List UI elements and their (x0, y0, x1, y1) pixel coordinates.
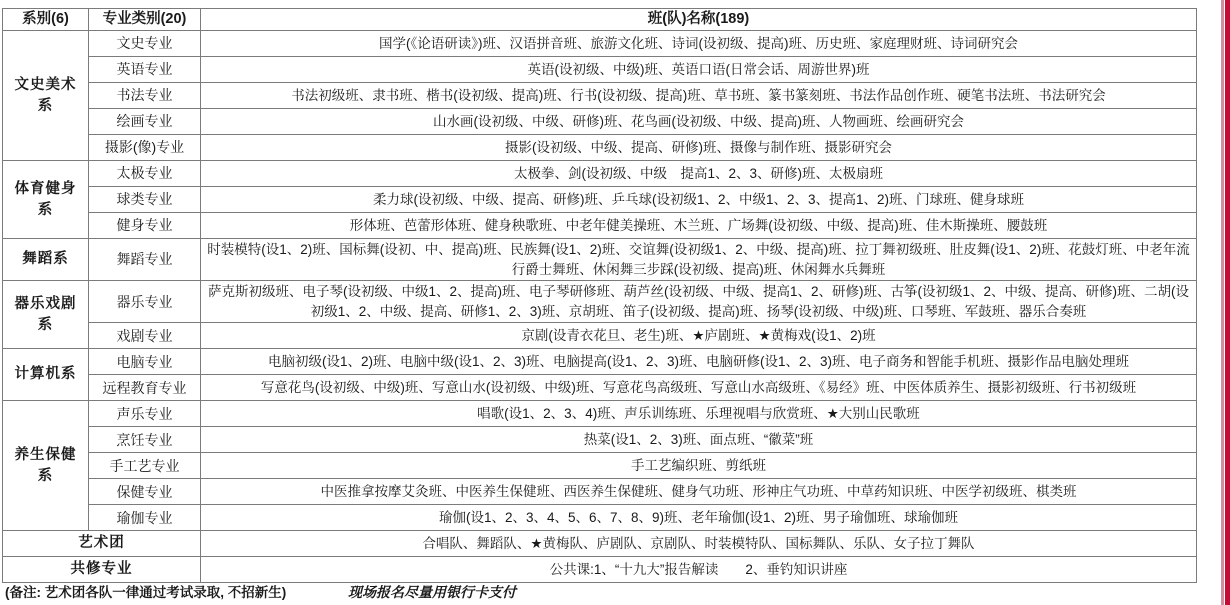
major-cell: 书法专业 (89, 83, 201, 109)
major-cell: 太极专业 (89, 161, 201, 187)
merged-label-cell: 艺术团 (3, 531, 201, 557)
major-cell: 手工艺专业 (89, 453, 201, 479)
footer-payment-text: 现场报名尽量用银行卡支付 (348, 586, 516, 601)
major-cell: 英语专业 (89, 57, 201, 83)
major-cell: 保健专业 (89, 479, 201, 505)
classes-cell: 国学(《论语研读》)班、汉语拼音班、旅游文化班、诗词(设初级、提高)班、历史班、… (201, 31, 1197, 57)
major-cell: 瑜伽专业 (89, 505, 201, 531)
merged-label-cell: 共修专业 (3, 557, 201, 583)
table-row: 英语专业英语(设初级、中级)班、英语口语(日常会话、周游世界)班 (3, 57, 1197, 83)
classes-cell: 合唱队、舞蹈队、★黄梅队、庐剧队、京剧队、时装模特队、国标舞队、乐队、女子拉丁舞… (201, 531, 1197, 557)
classes-cell: 手工艺编织班、剪纸班 (201, 453, 1197, 479)
table-row: 手工艺专业手工艺编织班、剪纸班 (3, 453, 1197, 479)
classes-cell: 太极拳、剑(设初级、中级 提高1、2、3、研修)班、太极扇班 (201, 161, 1197, 187)
table-row: 计算机系电脑专业电脑初级(设1、2)班、电脑中级(设1、2、3)班、电脑提高(设… (3, 349, 1197, 375)
table-row: 器乐戏剧系器乐专业萨克斯初级班、电子琴(设初级、中级1、2、提高)班、电子琴研修… (3, 281, 1197, 323)
department-cell: 器乐戏剧系 (3, 281, 89, 349)
major-cell: 烹饪专业 (89, 427, 201, 453)
classes-cell: 中医推拿按摩艾灸班、中医养生保健班、西医养生保健班、健身气功班、形神庄气功班、中… (201, 479, 1197, 505)
page-edge-red-line (1225, 0, 1230, 605)
footer: (备注: 艺术团各队一律通过考试录取, 不招新生) 现场报名尽量用银行卡支付 (5, 581, 516, 602)
classes-cell: 英语(设初级、中级)班、英语口语(日常会话、周游世界)班 (201, 57, 1197, 83)
major-cell: 戏剧专业 (89, 323, 201, 349)
course-table: 系别(6) 专业类别(20) 班(队)名称(189) 文史美术系文史专业国学(《… (2, 8, 1197, 583)
classes-cell: 唱歌(设1、2、3、4)班、声乐训练班、乐理视唱与欣赏班、★大别山民歌班 (201, 401, 1197, 427)
table-row: 养生保健系声乐专业唱歌(设1、2、3、4)班、声乐训练班、乐理视唱与欣赏班、★大… (3, 401, 1197, 427)
header-major: 专业类别(20) (89, 9, 201, 31)
major-cell: 文史专业 (89, 31, 201, 57)
header-classes: 班(队)名称(189) (201, 9, 1197, 31)
classes-cell: 热菜(设1、2、3)班、面点班、“徽菜”班 (201, 427, 1197, 453)
table-row: 体育健身系太极专业太极拳、剑(设初级、中级 提高1、2、3、研修)班、太极扇班 (3, 161, 1197, 187)
department-cell: 文史美术系 (3, 31, 89, 161)
table-row: 瑜伽专业瑜伽(设1、2、3、4、5、6、7、8、9)班、老年瑜伽(设1、2)班、… (3, 505, 1197, 531)
table-row: 舞蹈系舞蹈专业时装模特(设1、2)班、国标舞(设初、中、提高)班、民族舞(设1、… (3, 239, 1197, 281)
classes-cell: 摄影(设初级、中级、提高、研修)班、摄像与制作班、摄影研究会 (201, 135, 1197, 161)
classes-cell: 柔力球(设初级、中级、提高、研修)班、乒乓球(设初级1、2、中级1、2、3、提高… (201, 187, 1197, 213)
classes-cell: 萨克斯初级班、电子琴(设初级、中级1、2、提高)班、电子琴研修班、葫芦丝(设初级… (201, 281, 1197, 323)
footer-note-text: (备注: 艺术团各队一律通过考试录取, 不招新生) (5, 585, 286, 600)
classes-cell: 电脑初级(设1、2)班、电脑中级(设1、2、3)班、电脑提高(设1、2、3)班、… (201, 349, 1197, 375)
table-row: 戏剧专业京剧(设青衣花旦、老生)班、★庐剧班、★黄梅戏(设1、2)班 (3, 323, 1197, 349)
major-cell: 远程教育专业 (89, 375, 201, 401)
department-cell: 计算机系 (3, 349, 89, 401)
major-cell: 声乐专业 (89, 401, 201, 427)
major-cell: 舞蹈专业 (89, 239, 201, 281)
major-cell: 器乐专业 (89, 281, 201, 323)
classes-cell: 公共课:1、“十九大”报告解读 2、垂钓知识讲座 (201, 557, 1197, 583)
table-row: 摄影(像)专业摄影(设初级、中级、提高、研修)班、摄像与制作班、摄影研究会 (3, 135, 1197, 161)
major-cell: 电脑专业 (89, 349, 201, 375)
table-row: 球类专业柔力球(设初级、中级、提高、研修)班、乒乓球(设初级1、2、中级1、2、… (3, 187, 1197, 213)
table-row: 书法专业书法初级班、隶书班、楷书(设初级、提高)班、行书(设初级、提高)班、草书… (3, 83, 1197, 109)
classes-cell: 时装模特(设1、2)班、国标舞(设初、中、提高)班、民族舞(设1、2)班、交谊舞… (201, 239, 1197, 281)
classes-cell: 山水画(设初级、中级、研修)班、花鸟画(设初级、中级、提高)班、人物画班、绘画研… (201, 109, 1197, 135)
department-cell: 养生保健系 (3, 401, 89, 531)
header-row: 系别(6) 专业类别(20) 班(队)名称(189) (3, 9, 1197, 31)
table-row: 烹饪专业热菜(设1、2、3)班、面点班、“徽菜”班 (3, 427, 1197, 453)
header-department: 系别(6) (3, 9, 89, 31)
classes-cell: 瑜伽(设1、2、3、4、5、6、7、8、9)班、老年瑜伽(设1、2)班、男子瑜伽… (201, 505, 1197, 531)
classes-cell: 书法初级班、隶书班、楷书(设初级、提高)班、行书(设初级、提高)班、草书班、篆书… (201, 83, 1197, 109)
table-row-merged: 共修专业公共课:1、“十九大”报告解读 2、垂钓知识讲座 (3, 557, 1197, 583)
major-cell: 绘画专业 (89, 109, 201, 135)
major-cell: 摄影(像)专业 (89, 135, 201, 161)
classes-cell: 写意花鸟(设初级、中级)班、写意山水(设初级、中级)班、写意花鸟高级班、写意山水… (201, 375, 1197, 401)
table-row: 文史美术系文史专业国学(《论语研读》)班、汉语拼音班、旅游文化班、诗词(设初级、… (3, 31, 1197, 57)
table-row: 健身专业形体班、芭蕾形体班、健身秧歌班、中老年健美操班、木兰班、广场舞(设初级、… (3, 213, 1197, 239)
major-cell: 健身专业 (89, 213, 201, 239)
page: 系别(6) 专业类别(20) 班(队)名称(189) 文史美术系文史专业国学(《… (0, 0, 1230, 605)
classes-cell: 形体班、芭蕾形体班、健身秧歌班、中老年健美操班、木兰班、广场舞(设初级、中级、提… (201, 213, 1197, 239)
table-row-merged: 艺术团合唱队、舞蹈队、★黄梅队、庐剧队、京剧队、时装模特队、国标舞队、乐队、女子… (3, 531, 1197, 557)
department-cell: 体育健身系 (3, 161, 89, 239)
table-row: 绘画专业山水画(设初级、中级、研修)班、花鸟画(设初级、中级、提高)班、人物画班… (3, 109, 1197, 135)
page-edge-pink-line (1221, 0, 1224, 605)
table-row: 远程教育专业写意花鸟(设初级、中级)班、写意山水(设初级、中级)班、写意花鸟高级… (3, 375, 1197, 401)
department-cell: 舞蹈系 (3, 239, 89, 281)
classes-cell: 京剧(设青衣花旦、老生)班、★庐剧班、★黄梅戏(设1、2)班 (201, 323, 1197, 349)
table-body: 文史美术系文史专业国学(《论语研读》)班、汉语拼音班、旅游文化班、诗词(设初级、… (3, 31, 1197, 583)
major-cell: 球类专业 (89, 187, 201, 213)
table-row: 保健专业中医推拿按摩艾灸班、中医养生保健班、西医养生保健班、健身气功班、形神庄气… (3, 479, 1197, 505)
